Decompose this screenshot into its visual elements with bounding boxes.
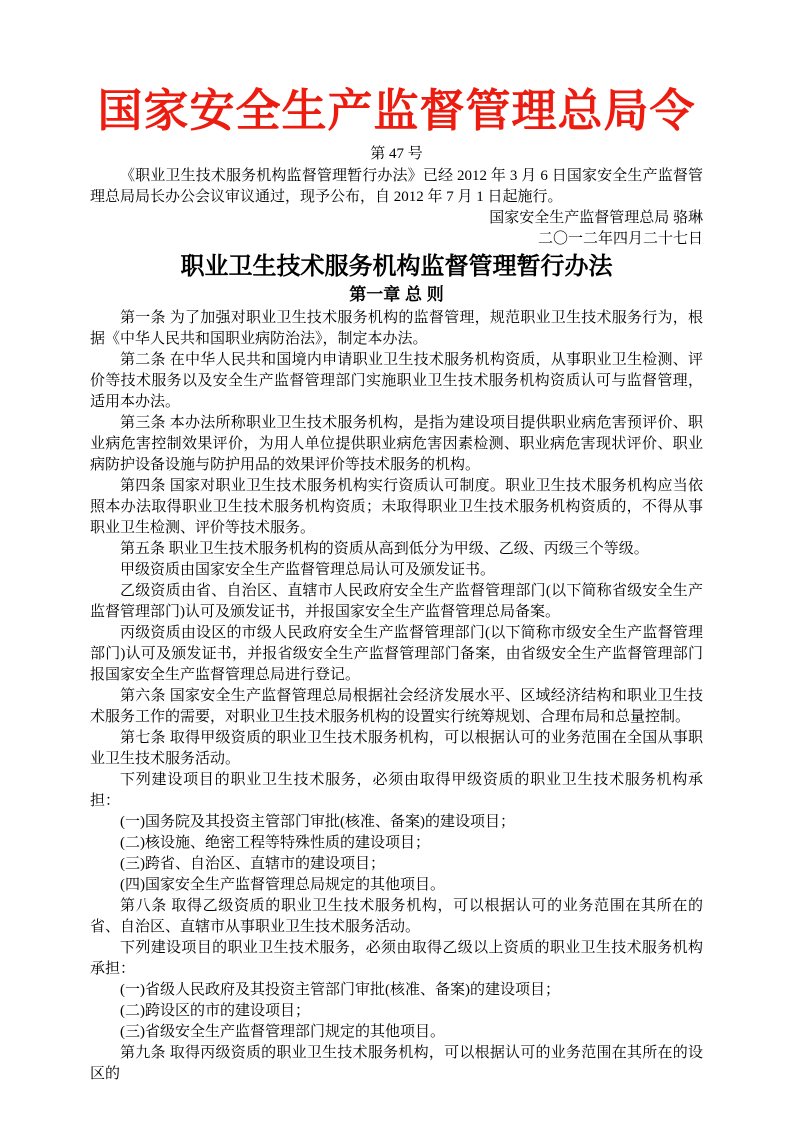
chapter-heading: 第一章 总 则 [90,284,703,307]
body-paragraph: 下列建设项目的职业卫生技术服务，必须由取得甲级资质的职业卫生技术服务机构承担： [90,770,703,812]
body-paragraph: 第七条 取得甲级资质的职业卫生技术服务机构，可以根据认可的业务范围在全国从事职业… [90,728,703,770]
signature-date: 二〇一二年四月二十七日 [90,229,703,250]
body-paragraph: 第六条 国家安全生产监督管理总局根据社会经济发展水平、区域经济结构和职业卫生技术… [90,686,703,728]
body-paragraph: 第八条 取得乙级资质的职业卫生技术服务机构，可以根据认可的业务范围在其所在的省、… [90,896,703,938]
body-paragraph: 下列建设项目的职业卫生技术服务，必须由取得乙级以上资质的职业卫生技术服务机构承担… [90,938,703,980]
document-body: 第一条 为了加强对职业卫生技术服务机构的监督管理，规范职业卫生技术服务行为，根据… [90,308,703,1085]
signature-agency: 国家安全生产监督管理总局 骆琳 [90,208,703,229]
announcement-paragraph: 《职业卫生技术服务机构监督管理暂行办法》已经 2012 年 3 月 6 日国家安… [90,166,703,208]
body-paragraph: 乙级资质由省、自治区、直辖市人民政府安全生产监督管理部门(以下简称省级安全生产监… [90,581,703,623]
body-paragraph: (三)跨省、自治区、直辖市的建设项目； [90,854,703,875]
body-paragraph: (二)跨设区的市的建设项目； [90,1001,703,1022]
issue-number: 第 47 号 [90,144,703,165]
body-paragraph: 第一条 为了加强对职业卫生技术服务机构的监督管理，规范职业卫生技术服务行为，根据… [90,308,703,350]
body-paragraph: 第五条 职业卫生技术服务机构的资质从高到低分为甲级、乙级、丙级三个等级。 [90,539,703,560]
body-paragraph: (一)省级人民政府及其投资主管部门审批(核准、备案)的建设项目； [90,980,703,1001]
body-paragraph: 第九条 取得丙级资质的职业卫生技术服务机构，可以根据认可的业务范围在其所在的设区… [90,1043,703,1085]
body-paragraph: 第四条 国家对职业卫生技术服务机构实行资质认可制度。职业卫生技术服务机构应当依照… [90,476,703,539]
document-page: 国家安全生产监督管理总局令 第 47 号 《职业卫生技术服务机构监督管理暂行办法… [0,0,793,1122]
body-paragraph: 第二条 在中华人民共和国境内申请职业卫生技术服务机构资质，从事职业卫生检测、评价… [90,350,703,413]
body-paragraph: (一)国务院及其投资主管部门审批(核准、备案)的建设项目； [90,812,703,833]
decree-title: 国家安全生产监督管理总局令 [90,86,703,136]
body-paragraph: 甲级资质由国家安全生产监督管理总局认可及颁发证书。 [90,560,703,581]
body-paragraph: (三)省级安全生产监督管理部门规定的其他项目。 [90,1022,703,1043]
body-paragraph: (四)国家安全生产监督管理总局规定的其他项目。 [90,875,703,896]
body-paragraph: (二)核设施、绝密工程等特殊性质的建设项目； [90,833,703,854]
regulation-title: 职业卫生技术服务机构监督管理暂行办法 [90,252,703,282]
body-paragraph: 丙级资质由设区的市级人民政府安全生产监督管理部门(以下简称市级安全生产监督管理部… [90,623,703,686]
body-paragraph: 第三条 本办法所称职业卫生技术服务机构，是指为建设项目提供职业病危害预评价、职业… [90,413,703,476]
